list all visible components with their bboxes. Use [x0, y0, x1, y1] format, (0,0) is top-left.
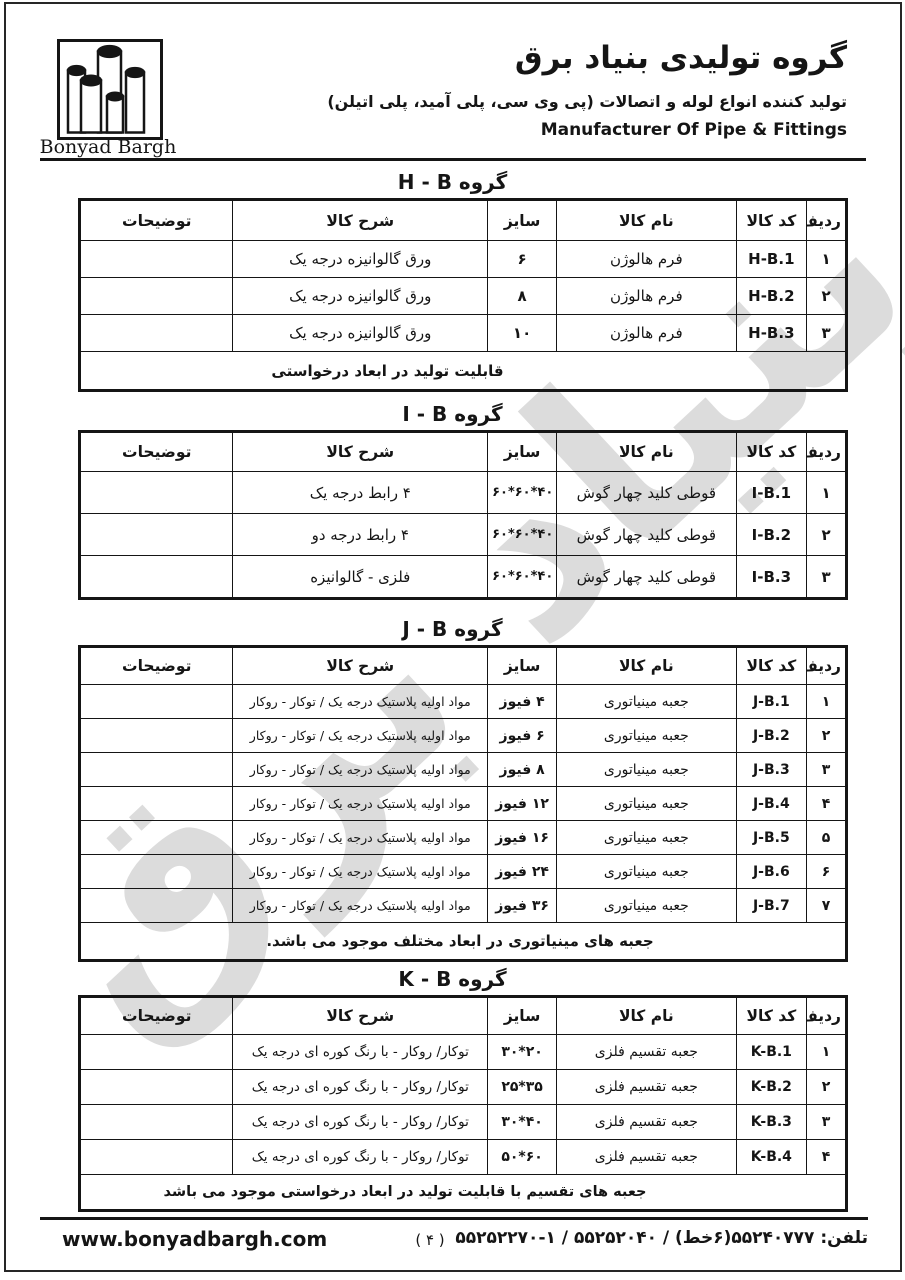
- column-header-size: سایز: [488, 647, 557, 685]
- cell-desc: مواد اولیه پلاستیک درجه یک / توکار - روک…: [233, 889, 488, 923]
- cell-size: ۲۴ فیوز: [488, 855, 557, 889]
- table-row: ۳H-B.3فرم هالوژن۱۰ورق گالوانیزه درجه یک: [80, 315, 847, 352]
- cell-name: جعبه تقسیم فلزی: [557, 1140, 736, 1175]
- column-header-name: نام کالا: [557, 647, 736, 685]
- group-section-ib: گروه I - B ردیفکد کالانام کالاسایزشرح کا…: [0, 402, 905, 600]
- column-header-row: ردیف: [807, 200, 847, 241]
- cell-name: فرم هالوژن: [557, 315, 736, 352]
- cell-code: H-B.2: [736, 278, 807, 315]
- company-title: گروه تولیدی بنیاد برق: [327, 40, 847, 76]
- cell-size: ۲۵*۳۵: [488, 1070, 557, 1105]
- cell-code: H-B.3: [736, 315, 807, 352]
- cell-name: فرم هالوژن: [557, 241, 736, 278]
- cell-code: J-B.3: [736, 753, 807, 787]
- cell-desc: مواد اولیه پلاستیک درجه یک / توکار - روک…: [233, 855, 488, 889]
- cell-size: ۸: [488, 278, 557, 315]
- table-row: ۴K-B.4جعبه تقسیم فلزی۵۰*۶۰توکار/ روکار -…: [80, 1140, 847, 1175]
- table-row: ۷J-B.7جعبه مینیاتوری۳۶ فیوزمواد اولیه پل…: [80, 889, 847, 923]
- column-header-size: سایز: [488, 997, 557, 1035]
- cell-size: ۶ فیوز: [488, 719, 557, 753]
- cell-notes: [80, 1035, 233, 1070]
- cell-row: ۷: [807, 889, 847, 923]
- cell-row: ۳: [807, 315, 847, 352]
- cell-code: J-B.5: [736, 821, 807, 855]
- cell-notes: [80, 1070, 233, 1105]
- cell-row: ۱: [807, 1035, 847, 1070]
- table-row: ۳J-B.3جعبه مینیاتوری۸ فیوزمواد اولیه پلا…: [80, 753, 847, 787]
- column-header-desc: شرح کالا: [233, 647, 488, 685]
- column-header-row: ردیف: [807, 432, 847, 472]
- column-header-row: ردیف: [807, 997, 847, 1035]
- table-wrap-kb: ردیفکد کالانام کالاسایزشرح کالاتوضیحات۱K…: [78, 995, 848, 1212]
- cell-desc: توکار/ روکار - با رنگ کوره ای درجه یک: [233, 1140, 488, 1175]
- cell-code: K-B.3: [736, 1105, 807, 1140]
- cell-notes: [80, 514, 233, 556]
- product-table: ردیفکد کالانام کالاسایزشرح کالاتوضیحات۱I…: [78, 430, 848, 600]
- cell-notes: [80, 1105, 233, 1140]
- cell-code: I-B.1: [736, 472, 807, 514]
- cell-notes: [80, 821, 233, 855]
- company-logo: [57, 39, 163, 140]
- product-table: ردیفکد کالانام کالاسایزشرح کالاتوضیحات۱H…: [78, 198, 848, 392]
- cell-name: جعبه مینیاتوری: [557, 719, 736, 753]
- cell-row: ۵: [807, 821, 847, 855]
- cell-desc: ۴ رابط درجه دو: [233, 514, 488, 556]
- group-title-hb: گروه H - B: [0, 170, 905, 194]
- cell-name: فرم هالوژن: [557, 278, 736, 315]
- company-subtitle-en: Manufacturer Of Pipe & Fittings: [327, 120, 847, 140]
- cell-size: ۳۰*۲۰: [488, 1035, 557, 1070]
- cell-code: K-B.4: [736, 1140, 807, 1175]
- phone-numbers: تلفن: ۵۵۲۴۰۷۷۷(۶خط) / ۵۵۲۵۲۰۴۰ / ۱-۵۵۲۵۲…: [455, 1228, 868, 1248]
- cell-row: ۱: [807, 685, 847, 719]
- cell-name: جعبه تقسیم فلزی: [557, 1070, 736, 1105]
- group-title-kb: گروه K - B: [0, 967, 905, 991]
- cell-notes: [80, 787, 233, 821]
- column-header-code: کد کالا: [736, 432, 807, 472]
- group-title-jb: گروه J - B: [0, 617, 905, 641]
- cell-notes: [80, 315, 233, 352]
- column-header-notes: توضیحات: [80, 997, 233, 1035]
- cell-notes: [80, 855, 233, 889]
- table-row: ۱K-B.1جعبه تقسیم فلزی۳۰*۲۰توکار/ روکار -…: [80, 1035, 847, 1070]
- cell-name: قوطی کلید چهار گوش: [557, 472, 736, 514]
- cell-code: I-B.2: [736, 514, 807, 556]
- cell-name: جعبه مینیاتوری: [557, 753, 736, 787]
- cell-row: ۴: [807, 787, 847, 821]
- table-footer-row: جعبه های مینیاتوری در ابعاد مختلف موجود …: [80, 923, 847, 961]
- footer-divider: [40, 1217, 868, 1220]
- cell-code: J-B.7: [736, 889, 807, 923]
- table-row: ۲J-B.2جعبه مینیاتوری۶ فیوزمواد اولیه پلا…: [80, 719, 847, 753]
- cell-desc: توکار/ روکار - با رنگ کوره ای درجه یک: [233, 1070, 488, 1105]
- header-text-block: گروه تولیدی بنیاد برق تولید کننده انواع …: [327, 40, 847, 140]
- cell-size: ۱۲ فیوز: [488, 787, 557, 821]
- catalog-page: بنیاد برق Bonyad: [0, 0, 905, 1280]
- cell-size: ۴ فیوز: [488, 685, 557, 719]
- cell-row: ۱: [807, 241, 847, 278]
- table-footer-note: جعبه های تقسیم با قابلیت تولید در ابعاد …: [80, 1175, 847, 1211]
- cell-size: ۱۰: [488, 315, 557, 352]
- column-header-notes: توضیحات: [80, 432, 233, 472]
- cell-desc: فلزی - گالوانیزه: [233, 556, 488, 599]
- column-header-code: کد کالا: [736, 647, 807, 685]
- table-row: ۲H-B.2فرم هالوژن۸ورق گالوانیزه درجه یک: [80, 278, 847, 315]
- header-divider: [40, 158, 866, 161]
- table-wrap-ib: ردیفکد کالانام کالاسایزشرح کالاتوضیحات۱I…: [78, 430, 848, 600]
- cell-notes: [80, 241, 233, 278]
- table-row: ۲K-B.2جعبه تقسیم فلزی۲۵*۳۵توکار/ روکار -…: [80, 1070, 847, 1105]
- cell-row: ۲: [807, 719, 847, 753]
- table-footer-note: قابلیت تولید در ابعاد درخواستی: [80, 352, 847, 391]
- table-header-row: ردیفکد کالانام کالاسایزشرح کالاتوضیحات: [80, 200, 847, 241]
- cell-size: ۶۰*۶۰*۴۰: [488, 514, 557, 556]
- cell-desc: مواد اولیه پلاستیک درجه یک / توکار - روک…: [233, 719, 488, 753]
- cell-size: ۶۰*۶۰*۴۰: [488, 472, 557, 514]
- cell-name: جعبه تقسیم فلزی: [557, 1035, 736, 1070]
- cell-desc: توکار/ روکار - با رنگ کوره ای درجه یک: [233, 1105, 488, 1140]
- column-header-size: سایز: [488, 200, 557, 241]
- cell-notes: [80, 278, 233, 315]
- column-header-desc: شرح کالا: [233, 997, 488, 1035]
- cell-size: ۵۰*۶۰: [488, 1140, 557, 1175]
- cell-notes: [80, 719, 233, 753]
- cell-desc: ورق گالوانیزه درجه یک: [233, 278, 488, 315]
- cell-desc: توکار/ روکار - با رنگ کوره ای درجه یک: [233, 1035, 488, 1070]
- product-table: ردیفکد کالانام کالاسایزشرح کالاتوضیحات۱J…: [78, 645, 848, 962]
- table-row: ۶J-B.6جعبه مینیاتوری۲۴ فیوزمواد اولیه پل…: [80, 855, 847, 889]
- column-header-notes: توضیحات: [80, 200, 233, 241]
- group-section-jb: گروه J - B ردیفکد کالانام کالاسایزشرح کا…: [0, 617, 905, 962]
- group-title-ib: گروه I - B: [0, 402, 905, 426]
- cell-notes: [80, 889, 233, 923]
- table-footer-note: جعبه های مینیاتوری در ابعاد مختلف موجود …: [80, 923, 847, 961]
- cell-row: ۳: [807, 753, 847, 787]
- cell-name: جعبه تقسیم فلزی: [557, 1105, 736, 1140]
- table-row: ۲I-B.2قوطی کلید چهار گوش۶۰*۶۰*۴۰۴ رابط د…: [80, 514, 847, 556]
- table-footer-row: جعبه های تقسیم با قابلیت تولید در ابعاد …: [80, 1175, 847, 1211]
- cell-size: ۱۶ فیوز: [488, 821, 557, 855]
- column-header-code: کد کالا: [736, 200, 807, 241]
- cell-size: ۸ فیوز: [488, 753, 557, 787]
- pipes-icon: [60, 42, 160, 137]
- column-header-row: ردیف: [807, 647, 847, 685]
- website-url: www.bonyadbargh.com: [62, 1227, 327, 1251]
- group-section-hb: گروه H - B ردیفکد کالانام کالاسایزشرح کا…: [0, 170, 905, 392]
- cell-name: جعبه مینیاتوری: [557, 855, 736, 889]
- column-header-name: نام کالا: [557, 432, 736, 472]
- cell-row: ۶: [807, 855, 847, 889]
- cell-notes: [80, 685, 233, 719]
- product-table: ردیفکد کالانام کالاسایزشرح کالاتوضیحات۱K…: [78, 995, 848, 1212]
- column-header-notes: توضیحات: [80, 647, 233, 685]
- group-section-kb: گروه K - B ردیفکد کالانام کالاسایزشرح کا…: [0, 967, 905, 1212]
- cell-desc: ورق گالوانیزه درجه یک: [233, 315, 488, 352]
- table-wrap-hb: ردیفکد کالانام کالاسایزشرح کالاتوضیحات۱H…: [78, 198, 848, 392]
- column-header-name: نام کالا: [557, 200, 736, 241]
- cell-row: ۳: [807, 556, 847, 599]
- column-header-name: نام کالا: [557, 997, 736, 1035]
- table-wrap-jb: ردیفکد کالانام کالاسایزشرح کالاتوضیحات۱J…: [78, 645, 848, 962]
- table-row: ۱I-B.1قوطی کلید چهار گوش۶۰*۶۰*۴۰۴ رابط د…: [80, 472, 847, 514]
- table-row: ۵J-B.5جعبه مینیاتوری۱۶ فیوزمواد اولیه پل…: [80, 821, 847, 855]
- page-content: Bonyad Bargh گروه تولیدی بنیاد برق تولید…: [0, 0, 905, 1280]
- table-row: ۴J-B.4جعبه مینیاتوری۱۲ فیوزمواد اولیه پل…: [80, 787, 847, 821]
- cell-row: ۴: [807, 1140, 847, 1175]
- table-row: ۳I-B.3قوطی کلید چهار گوش۶۰*۶۰*۴۰فلزی - گ…: [80, 556, 847, 599]
- cell-notes: [80, 472, 233, 514]
- cell-name: جعبه مینیاتوری: [557, 821, 736, 855]
- cell-desc: مواد اولیه پلاستیک درجه یک / توکار - روک…: [233, 787, 488, 821]
- cell-size: ۶: [488, 241, 557, 278]
- table-header-row: ردیفکد کالانام کالاسایزشرح کالاتوضیحات: [80, 647, 847, 685]
- table-header-row: ردیفکد کالانام کالاسایزشرح کالاتوضیحات: [80, 432, 847, 472]
- cell-size: ۳۶ فیوز: [488, 889, 557, 923]
- cell-notes: [80, 556, 233, 599]
- cell-code: J-B.6: [736, 855, 807, 889]
- cell-size: ۶۰*۶۰*۴۰: [488, 556, 557, 599]
- cell-name: جعبه مینیاتوری: [557, 787, 736, 821]
- cell-notes: [80, 753, 233, 787]
- cell-code: J-B.2: [736, 719, 807, 753]
- cell-name: جعبه مینیاتوری: [557, 889, 736, 923]
- cell-row: ۱: [807, 472, 847, 514]
- column-header-code: کد کالا: [736, 997, 807, 1035]
- cell-size: ۳۰*۴۰: [488, 1105, 557, 1140]
- column-header-desc: شرح کالا: [233, 432, 488, 472]
- cell-row: ۳: [807, 1105, 847, 1140]
- cell-row: ۲: [807, 278, 847, 315]
- cell-code: I-B.3: [736, 556, 807, 599]
- cell-desc: مواد اولیه پلاستیک درجه یک / توکار - روک…: [233, 753, 488, 787]
- cell-name: جعبه مینیاتوری: [557, 685, 736, 719]
- cell-code: K-B.1: [736, 1035, 807, 1070]
- table-footer-row: قابلیت تولید در ابعاد درخواستی: [80, 352, 847, 391]
- column-header-size: سایز: [488, 432, 557, 472]
- table-row: ۱J-B.1جعبه مینیاتوری۴ فیوزمواد اولیه پلا…: [80, 685, 847, 719]
- table-header-row: ردیفکد کالانام کالاسایزشرح کالاتوضیحات: [80, 997, 847, 1035]
- cell-notes: [80, 1140, 233, 1175]
- cell-name: قوطی کلید چهار گوش: [557, 556, 736, 599]
- cell-code: J-B.4: [736, 787, 807, 821]
- cell-name: قوطی کلید چهار گوش: [557, 514, 736, 556]
- cell-row: ۲: [807, 1070, 847, 1105]
- cell-desc: ۴ رابط درجه یک: [233, 472, 488, 514]
- cell-desc: مواد اولیه پلاستیک درجه یک / توکار - روک…: [233, 821, 488, 855]
- cell-code: H-B.1: [736, 241, 807, 278]
- logo-caption: Bonyad Bargh: [36, 136, 180, 158]
- company-subtitle: تولید کننده انواع لوله و اتصالات (پی وی …: [327, 91, 847, 113]
- cell-code: J-B.1: [736, 685, 807, 719]
- column-header-desc: شرح کالا: [233, 200, 488, 241]
- table-row: ۱H-B.1فرم هالوژن۶ورق گالوانیزه درجه یک: [80, 241, 847, 278]
- cell-code: K-B.2: [736, 1070, 807, 1105]
- cell-desc: ورق گالوانیزه درجه یک: [233, 241, 488, 278]
- cell-desc: مواد اولیه پلاستیک درجه یک / توکار - روک…: [233, 685, 488, 719]
- cell-row: ۲: [807, 514, 847, 556]
- table-row: ۳K-B.3جعبه تقسیم فلزی۳۰*۴۰توکار/ روکار -…: [80, 1105, 847, 1140]
